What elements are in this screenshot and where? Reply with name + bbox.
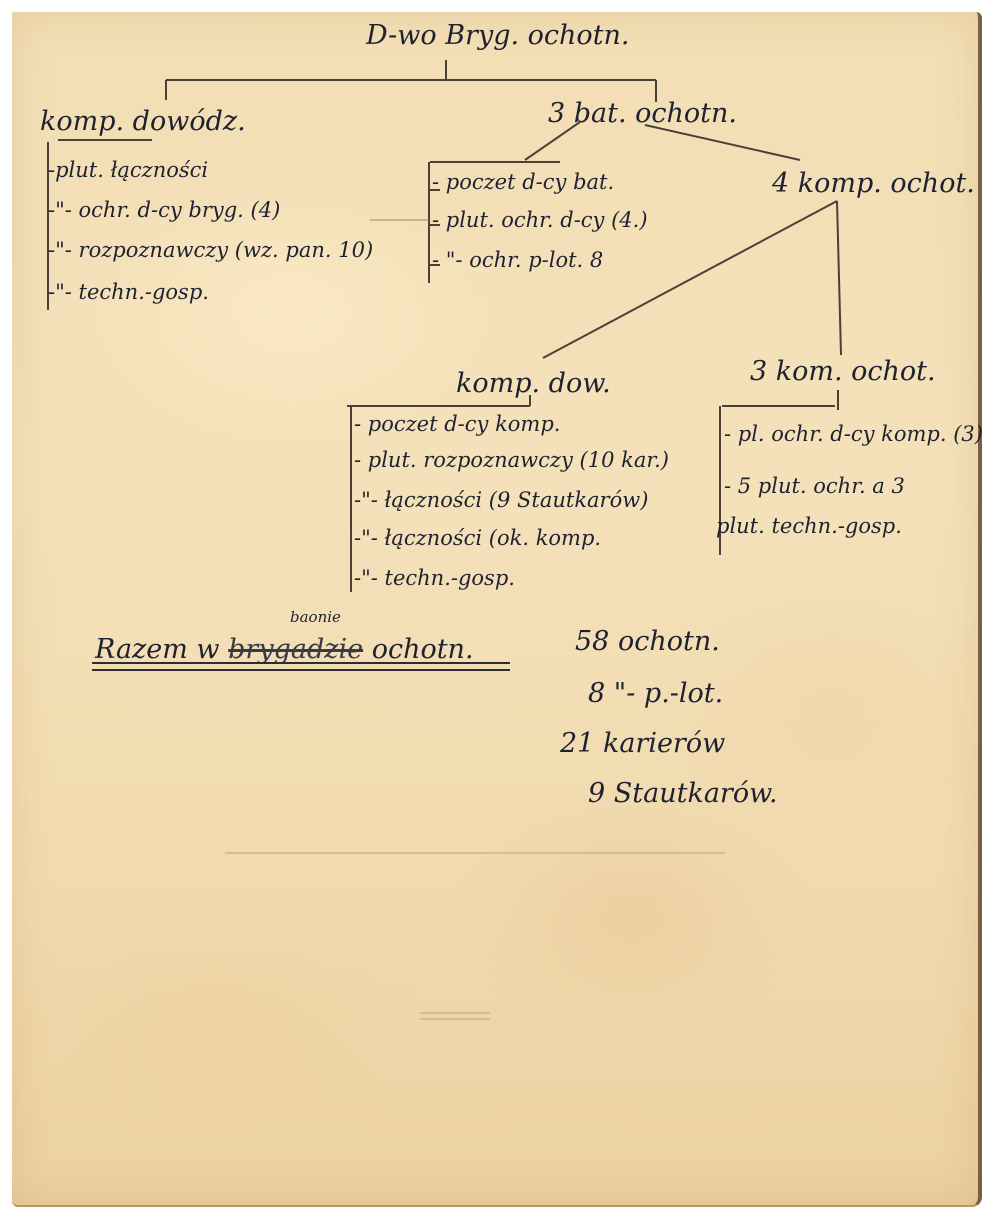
summary-prefix: Razem w — [95, 634, 220, 665]
branch-heading-3-kom: 3 kom. ochot. — [750, 358, 936, 385]
summary-double-underline — [92, 662, 510, 671]
list-item: -"- łączności (9 Stautkarów) — [354, 490, 648, 511]
list-item: - plut. ochr. d-cy (4.) — [432, 210, 648, 231]
summary-label: Razem w brygadzie ochotn. — [95, 636, 474, 663]
list-item: -"- ochr. d-cy bryg. (4) — [48, 200, 280, 221]
summary-line: 9 Stautkarów. — [588, 780, 778, 807]
branch-heading-4-komp: 4 komp. ochot. — [772, 170, 975, 197]
summary-line: 21 karierów — [560, 730, 725, 757]
branch-heading-3-bat: 3 bat. ochotn. — [548, 100, 737, 127]
branch-heading-komp-dow: komp. dow. — [456, 370, 611, 397]
list-item: -plut. łączności — [48, 160, 208, 181]
list-item: -"- rozpoznawczy (wz. pan. 10) — [48, 240, 373, 261]
summary-line: 8 "- p.-lot. — [588, 680, 723, 707]
list-item: -"- techn.-gosp. — [354, 568, 515, 589]
summary-suffix: ochotn. — [372, 634, 474, 665]
list-item: - "- ochr. p-lot. 8 — [432, 250, 603, 271]
summary-line: 58 ochotn. — [575, 628, 720, 655]
list-item: plut. techn.-gosp. — [716, 516, 902, 537]
list-item: -"- techn.-gosp. — [48, 282, 209, 303]
chart-title: D-wo Bryg. ochotn. — [366, 22, 630, 49]
inserted-word: baonie — [290, 610, 341, 625]
branch-heading-komp-dowodz: komp. dowódz. — [40, 108, 246, 135]
list-item: - pl. ochr. d-cy komp. (3) — [724, 424, 983, 445]
list-item: -"- łączności (ok. komp. — [354, 528, 601, 549]
list-item: - poczet d-cy komp. — [354, 414, 560, 435]
list-item: - plut. rozpoznawczy (10 kar.) — [354, 450, 669, 471]
list-item: - poczet d-cy bat. — [432, 172, 614, 193]
list-item: - 5 plut. ochr. a 3 — [724, 476, 905, 497]
struck-word: brygadzie — [228, 634, 363, 665]
